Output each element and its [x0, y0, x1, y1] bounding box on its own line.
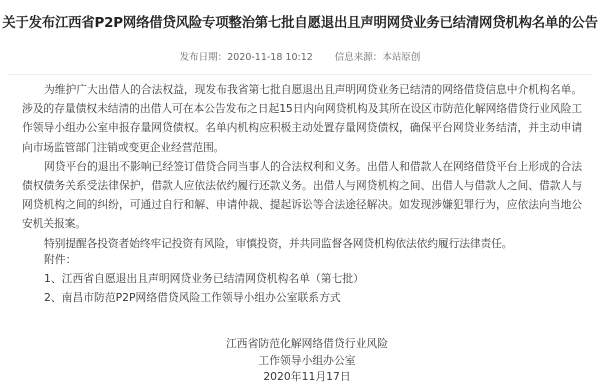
article-body: 为维护广大出借人的合法权益，现发布我省第七批自愿退出且声明网贷业务已结清的网络借…: [22, 80, 582, 253]
title-divider: [8, 74, 592, 75]
attachment-link-1[interactable]: 1、江西省自愿退出且声明网贷业务已结清网贷机构名单（第七批）: [44, 269, 364, 288]
source-label: 信息来源：: [335, 52, 383, 63]
signature-org-line1: 江西省防范化解网络借贷行业风险: [222, 336, 392, 353]
signature-block: 江西省防范化解网络借贷行业风险 工作领导小组办公室 2020年11月17日: [222, 336, 392, 386]
publish-date-label: 发布日期：: [180, 52, 228, 63]
signature-org-line2: 工作领导小组办公室: [222, 353, 392, 370]
article-meta: 发布日期：2020-11-18 10:12信息来源：本站原创: [0, 49, 600, 63]
source: 本站原创: [382, 52, 420, 63]
paragraph-2: 网贷平台的退出不影响已经签订借贷合同当事人的合法权利和义务。出借人和借款人在网络…: [22, 157, 582, 234]
attachments-section: 附件： 1、江西省自愿退出且声明网贷业务已结清网贷机构名单（第七批） 2、南昌市…: [44, 250, 364, 307]
publish-date: 2020-11-18 10:12: [227, 52, 313, 63]
signature-date: 2020年11月17日: [222, 369, 392, 386]
article-title: 关于发布江西省P2P网络借贷风险专项整治第七批自愿退出且声明网贷业务已结清网贷机…: [0, 12, 600, 31]
attachments-label: 附件：: [44, 250, 364, 269]
attachment-link-2[interactable]: 2、南昌市防范P2P网络借贷风险工作领导小组办公室联系方式: [44, 288, 364, 307]
paragraph-1: 为维护广大出借人的合法权益，现发布我省第七批自愿退出且声明网贷业务已结清的网络借…: [22, 80, 582, 157]
